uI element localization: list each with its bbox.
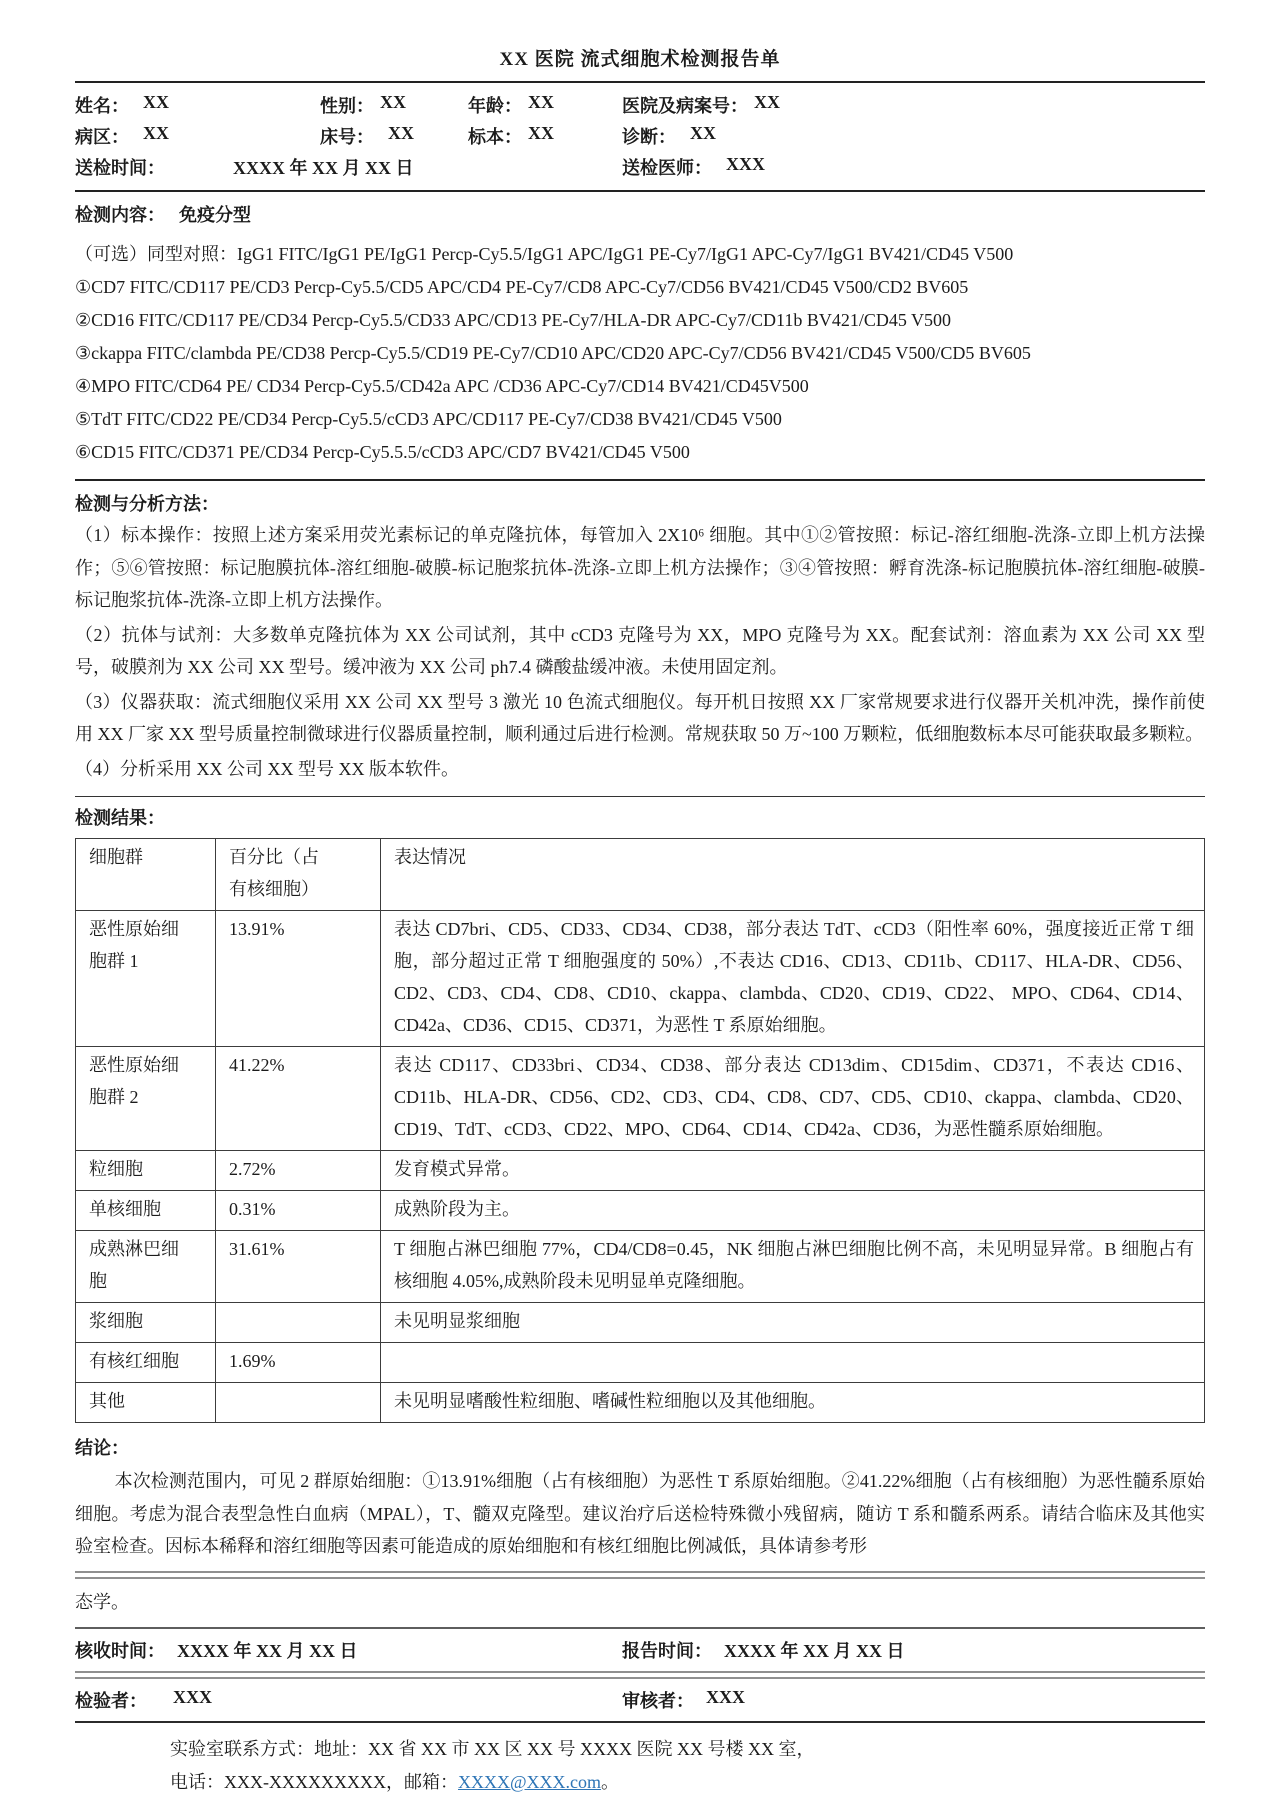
receive-time-label: 核收时间： bbox=[75, 1637, 165, 1663]
field-label: 诊断： bbox=[622, 123, 676, 149]
report-time-label: 报告时间： bbox=[622, 1637, 712, 1663]
panel-line-4: ④MPO FITC/CD64 PE/ CD34 Percp-Cy5.5/CD42… bbox=[75, 370, 1205, 403]
cell-group: 有核红细胞 bbox=[76, 1343, 216, 1383]
cell-group: 恶性原始细胞群 1 bbox=[76, 911, 216, 1047]
table-row: 浆细胞 未见明显浆细胞 bbox=[76, 1303, 1205, 1343]
field-value: XX bbox=[528, 123, 554, 149]
field-label: 年龄： bbox=[468, 92, 522, 118]
cell-expression: 未见明显嗜酸性粒细胞、嗜碱性粒细胞以及其他细胞。 bbox=[381, 1383, 1205, 1423]
cell-percent: 41.22% bbox=[216, 1047, 381, 1151]
field-value: XX bbox=[690, 123, 716, 149]
panel-line-5: ⑤TdT FITC/CD22 PE/CD34 Percp-Cy5.5/cCD3 … bbox=[75, 403, 1205, 436]
field-send-time: 送检时间：XXXX 年 XX 月 XX 日 bbox=[75, 154, 622, 180]
patient-info-row: 姓名：XX 性别：XX 年龄：XX 医院及病案号：XX bbox=[75, 89, 1205, 120]
divider bbox=[75, 1721, 1205, 1723]
divider bbox=[75, 796, 1205, 797]
col-header-cell-expression: 表达情况 bbox=[381, 839, 1205, 911]
field-value: XXXX 年 XX 月 XX 日 bbox=[233, 154, 414, 180]
field-hospital-id: 医院及病案号：XX bbox=[622, 92, 1205, 118]
method-paragraph-3: （3）仪器获取：流式细胞仪采用 XX 公司 XX 型号 3 激光 10 色流式细… bbox=[75, 686, 1205, 751]
field-diagnosis: 诊断：XX bbox=[622, 123, 1205, 149]
cell-expression: T 细胞占淋巴细胞 77%，CD4/CD8=0.45，NK 细胞占淋巴细胞比例不… bbox=[381, 1231, 1205, 1303]
cell-group: 成熟淋巴细胞 bbox=[76, 1231, 216, 1303]
report-page: XX 医院 流式细胞术检测报告单 姓名：XX 性别：XX 年龄：XX 医院及病案… bbox=[0, 0, 1268, 1799]
methods-heading: 检测与分析方法： bbox=[75, 491, 1205, 517]
patient-info-row: 病区：XX 床号：XX 标本：XX 诊断：XX bbox=[75, 120, 1205, 151]
field-specimen: 标本：XX bbox=[468, 123, 622, 149]
patient-info-row: 送检时间：XXXX 年 XX 月 XX 日 送检医师：XXX bbox=[75, 151, 1205, 182]
methods-section: 检测与分析方法： （1）标本操作：按照上述方案采用荧光素标记的单克隆抗体，每管加… bbox=[75, 491, 1205, 785]
cell-expression: 发育模式异常。 bbox=[381, 1151, 1205, 1191]
method-paragraph-2: （2）抗体与试剂：大多数单克隆抗体为 XX 公司试剂，其中 cCD3 克隆号为 … bbox=[75, 619, 1205, 684]
field-label: 标本： bbox=[468, 123, 522, 149]
panel-line-3: ③ckappa FITC/clambda PE/CD38 Percp-Cy5.5… bbox=[75, 337, 1205, 370]
field-value: XX bbox=[528, 92, 554, 118]
reviewer-value: XXX bbox=[706, 1687, 745, 1713]
field-value: XX bbox=[388, 123, 414, 149]
email-link[interactable]: XXXX@XXX.com bbox=[458, 1772, 601, 1792]
divider-double bbox=[75, 1571, 1205, 1579]
results-table: 细胞群 百分比（占有核细胞） 表达情况 恶性原始细胞群 1 13.91% 表达 … bbox=[75, 838, 1205, 1423]
cell-group: 其他 bbox=[76, 1383, 216, 1423]
cell-percent: 1.69% bbox=[216, 1343, 381, 1383]
lab-contact-phone: 电话：XXX-XXXXXXXXX，邮箱：XXXX@XXX.com。 bbox=[170, 1766, 1205, 1799]
lab-contact: 实验室联系方式：地址：XX 省 XX 市 XX 区 XX 号 XXXX 医院 X… bbox=[170, 1733, 1205, 1799]
panel-line-isotype: （可选）同型对照：IgG1 FITC/IgG1 PE/IgG1 Percp-Cy… bbox=[75, 238, 1205, 271]
field-ward: 病区：XX bbox=[75, 123, 320, 149]
field-label: 床号： bbox=[320, 123, 374, 149]
examiner: 检验者：XXX bbox=[75, 1687, 622, 1713]
results-heading: 检测结果： bbox=[75, 806, 1205, 830]
panel-line-6: ⑥CD15 FITC/CD371 PE/CD34 Percp-Cy5.5.5/c… bbox=[75, 436, 1205, 469]
report-time: 报告时间：XXXX 年 XX 月 XX 日 bbox=[622, 1637, 1205, 1663]
cell-percent: 13.91% bbox=[216, 911, 381, 1047]
field-label: 送检医师： bbox=[622, 154, 712, 180]
panel-line-2: ②CD16 FITC/CD117 PE/CD34 Percp-Cy5.5/CD3… bbox=[75, 304, 1205, 337]
examiner-value: XXX bbox=[173, 1687, 212, 1713]
field-value: XX bbox=[143, 92, 169, 118]
cell-expression: 成熟阶段为主。 bbox=[381, 1191, 1205, 1231]
phone-text-suffix: 。 bbox=[601, 1772, 619, 1792]
cell-expression: 表达 CD7bri、CD5、CD33、CD34、CD38，部分表达 TdT、cC… bbox=[381, 911, 1205, 1047]
cell-percent bbox=[216, 1303, 381, 1343]
field-label: 医院及病案号： bbox=[622, 92, 748, 118]
phone-text: 电话：XXX-XXXXXXXXX，邮箱： bbox=[170, 1772, 458, 1792]
table-row: 恶性原始细胞群 1 13.91% 表达 CD7bri、CD5、CD33、CD34… bbox=[76, 911, 1205, 1047]
col-header-cell-percent: 百分比（占有核细胞） bbox=[216, 839, 381, 911]
field-label: 姓名： bbox=[75, 92, 129, 118]
section-test-content: 检测内容：免疫分型 bbox=[75, 202, 1205, 228]
cell-expression: 表达 CD117、CD33bri、CD34、CD38、部分表达 CD13dim、… bbox=[381, 1047, 1205, 1151]
method-paragraph-4: （4）分析采用 XX 公司 XX 型号 XX 版本软件。 bbox=[75, 753, 1205, 786]
conclusion-heading: 结论： bbox=[75, 1435, 1205, 1461]
antibody-panels: （可选）同型对照：IgG1 FITC/IgG1 PE/IgG1 Percp-Cy… bbox=[75, 238, 1205, 469]
cell-percent: 31.61% bbox=[216, 1231, 381, 1303]
cell-group: 单核细胞 bbox=[76, 1191, 216, 1231]
table-row: 单核细胞 0.31% 成熟阶段为主。 bbox=[76, 1191, 1205, 1231]
field-label: 送检时间： bbox=[75, 154, 165, 180]
field-value: XXX bbox=[726, 154, 765, 180]
receive-time-value: XXXX 年 XX 月 XX 日 bbox=[177, 1637, 358, 1663]
table-row: 成熟淋巴细胞 31.61% T 细胞占淋巴细胞 77%，CD4/CD8=0.45… bbox=[76, 1231, 1205, 1303]
panel-line-1: ①CD7 FITC/CD117 PE/CD3 Percp-Cy5.5/CD5 A… bbox=[75, 271, 1205, 304]
report-time-value: XXXX 年 XX 月 XX 日 bbox=[724, 1637, 905, 1663]
divider bbox=[75, 190, 1205, 192]
cell-group: 恶性原始细胞群 2 bbox=[76, 1047, 216, 1151]
field-send-doctor: 送检医师：XXX bbox=[622, 154, 1205, 180]
table-row: 恶性原始细胞群 2 41.22% 表达 CD117、CD33bri、CD34、C… bbox=[76, 1047, 1205, 1151]
table-row: 粒细胞 2.72% 发育模式异常。 bbox=[76, 1151, 1205, 1191]
conclusion-continuation: 态学。 bbox=[75, 1587, 1205, 1617]
conclusion-body: 本次检测范围内，可见 2 群原始细胞：①13.91%细胞（占有核细胞）为恶性 T… bbox=[75, 1465, 1205, 1563]
reviewer: 审核者：XXX bbox=[622, 1687, 1205, 1713]
divider bbox=[75, 479, 1205, 481]
field-name: 姓名：XX bbox=[75, 92, 320, 118]
cell-percent bbox=[216, 1383, 381, 1423]
lab-contact-address: 实验室联系方式：地址：XX 省 XX 市 XX 区 XX 号 XXXX 医院 X… bbox=[170, 1733, 1205, 1766]
col-header-cell-group: 细胞群 bbox=[76, 839, 216, 911]
field-gender: 性别：XX bbox=[320, 92, 468, 118]
cell-expression bbox=[381, 1343, 1205, 1383]
table-row: 其他 未见明显嗜酸性粒细胞、嗜碱性粒细胞以及其他细胞。 bbox=[76, 1383, 1205, 1423]
field-value: XX bbox=[143, 123, 169, 149]
method-paragraph-1: （1）标本操作：按照上述方案采用荧光素标记的单克隆抗体，每管加入 2X10⁶ 细… bbox=[75, 519, 1205, 617]
receive-time: 核收时间：XXXX 年 XX 月 XX 日 bbox=[75, 1637, 622, 1663]
footer-times-row: 核收时间：XXXX 年 XX 月 XX 日 报告时间：XXXX 年 XX 月 X… bbox=[75, 1629, 1205, 1671]
field-label: 性别： bbox=[320, 92, 374, 118]
cell-percent: 2.72% bbox=[216, 1151, 381, 1191]
field-age: 年龄：XX bbox=[468, 92, 622, 118]
footer-signers-row: 检验者：XXX 审核者：XXX bbox=[75, 1679, 1205, 1721]
field-value: XX bbox=[754, 92, 780, 118]
cell-group: 浆细胞 bbox=[76, 1303, 216, 1343]
section-label: 检测内容： bbox=[75, 205, 165, 225]
field-value: XX bbox=[380, 92, 406, 118]
examiner-label: 检验者： bbox=[75, 1687, 147, 1713]
cell-percent: 0.31% bbox=[216, 1191, 381, 1231]
report-title: XX 医院 流式细胞术检测报告单 bbox=[75, 44, 1205, 71]
reviewer-label: 审核者： bbox=[622, 1687, 694, 1713]
divider-double bbox=[75, 1671, 1205, 1679]
field-bed: 床号：XX bbox=[320, 123, 468, 149]
table-header-row: 细胞群 百分比（占有核细胞） 表达情况 bbox=[76, 839, 1205, 911]
table-row: 有核红细胞 1.69% bbox=[76, 1343, 1205, 1383]
patient-info: 姓名：XX 性别：XX 年龄：XX 医院及病案号：XX 病区：XX 床号：XX … bbox=[75, 83, 1205, 190]
section-value: 免疫分型 bbox=[179, 205, 251, 225]
cell-expression: 未见明显浆细胞 bbox=[381, 1303, 1205, 1343]
cell-group: 粒细胞 bbox=[76, 1151, 216, 1191]
field-label: 病区： bbox=[75, 123, 129, 149]
